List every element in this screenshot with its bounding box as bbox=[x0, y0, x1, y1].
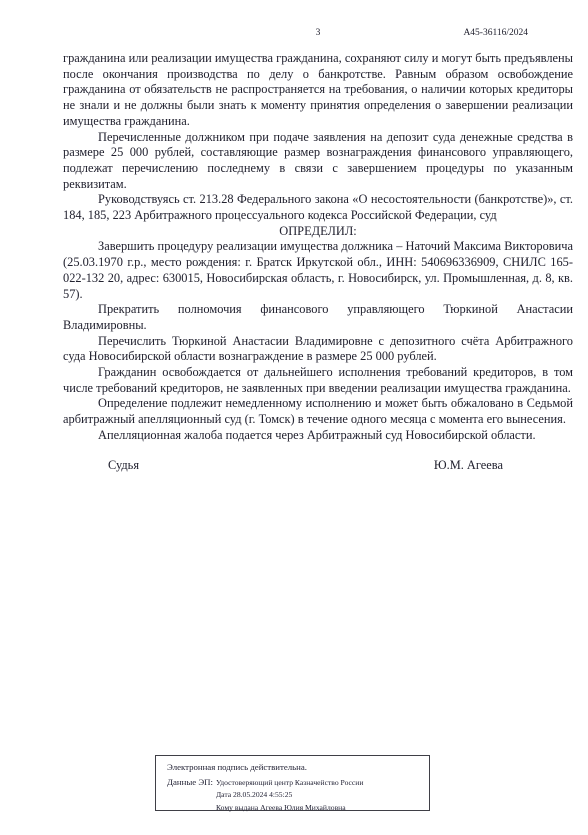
paragraph-legal-basis: Руководствуясь ст. 213.28 Федерального з… bbox=[63, 192, 573, 223]
esign-data-row: Данные ЭП: Удостоверяющий центр Казначей… bbox=[167, 777, 425, 814]
page-header: 3 А45-36116/2024 bbox=[63, 28, 573, 42]
esign-details: Удостоверяющий центр Казначейство России… bbox=[216, 777, 363, 814]
esign-stamp: Электронная подпись действительна. Данны… bbox=[155, 755, 430, 811]
esign-validity-text: Электронная подпись действительна. bbox=[167, 762, 425, 773]
paragraph-complete-realization: Завершить процедуру реализации имущества… bbox=[63, 239, 573, 302]
esign-issued-to: Кому выдана Агеева Юлия Михайловна bbox=[216, 802, 363, 814]
paragraph-citizen-released: Гражданин освобождается от дальнейшего и… bbox=[63, 365, 573, 396]
esign-data-label: Данные ЭП: bbox=[167, 777, 216, 788]
paragraph-appeal-rights: Определение подлежит немедленному исполн… bbox=[63, 396, 573, 427]
document-body: гражданина или реализации имущества граж… bbox=[63, 51, 573, 473]
paragraph-deposit-funds: Перечисленные должником при подаче заявл… bbox=[63, 130, 573, 193]
court-ruling-page: { "header": { "page_number": "3", "case_… bbox=[0, 0, 588, 835]
page-number: 3 bbox=[316, 28, 321, 38]
paragraph-appeal-procedure: Апелляционная жалоба подается через Арби… bbox=[63, 428, 573, 444]
paragraph-discharge-continuation: гражданина или реализации имущества граж… bbox=[63, 51, 573, 130]
judge-label: Судья bbox=[108, 458, 139, 474]
paragraph-transfer-fee: Перечислить Тюркиной Анастасии Владимиро… bbox=[63, 334, 573, 365]
resolution-heading: ОПРЕДЕЛИЛ: bbox=[63, 224, 573, 240]
judge-name: Ю.М. Агеева bbox=[434, 458, 503, 474]
judge-signature-line: Судья Ю.М. Агеева bbox=[63, 458, 573, 474]
case-number: А45-36116/2024 bbox=[463, 28, 528, 38]
esign-date: Дата 28.05.2024 4:55:25 bbox=[216, 789, 363, 801]
paragraph-terminate-manager: Прекратить полномочия финансового управл… bbox=[63, 302, 573, 333]
esign-authority: Удостоверяющий центр Казначейство России bbox=[216, 777, 363, 789]
